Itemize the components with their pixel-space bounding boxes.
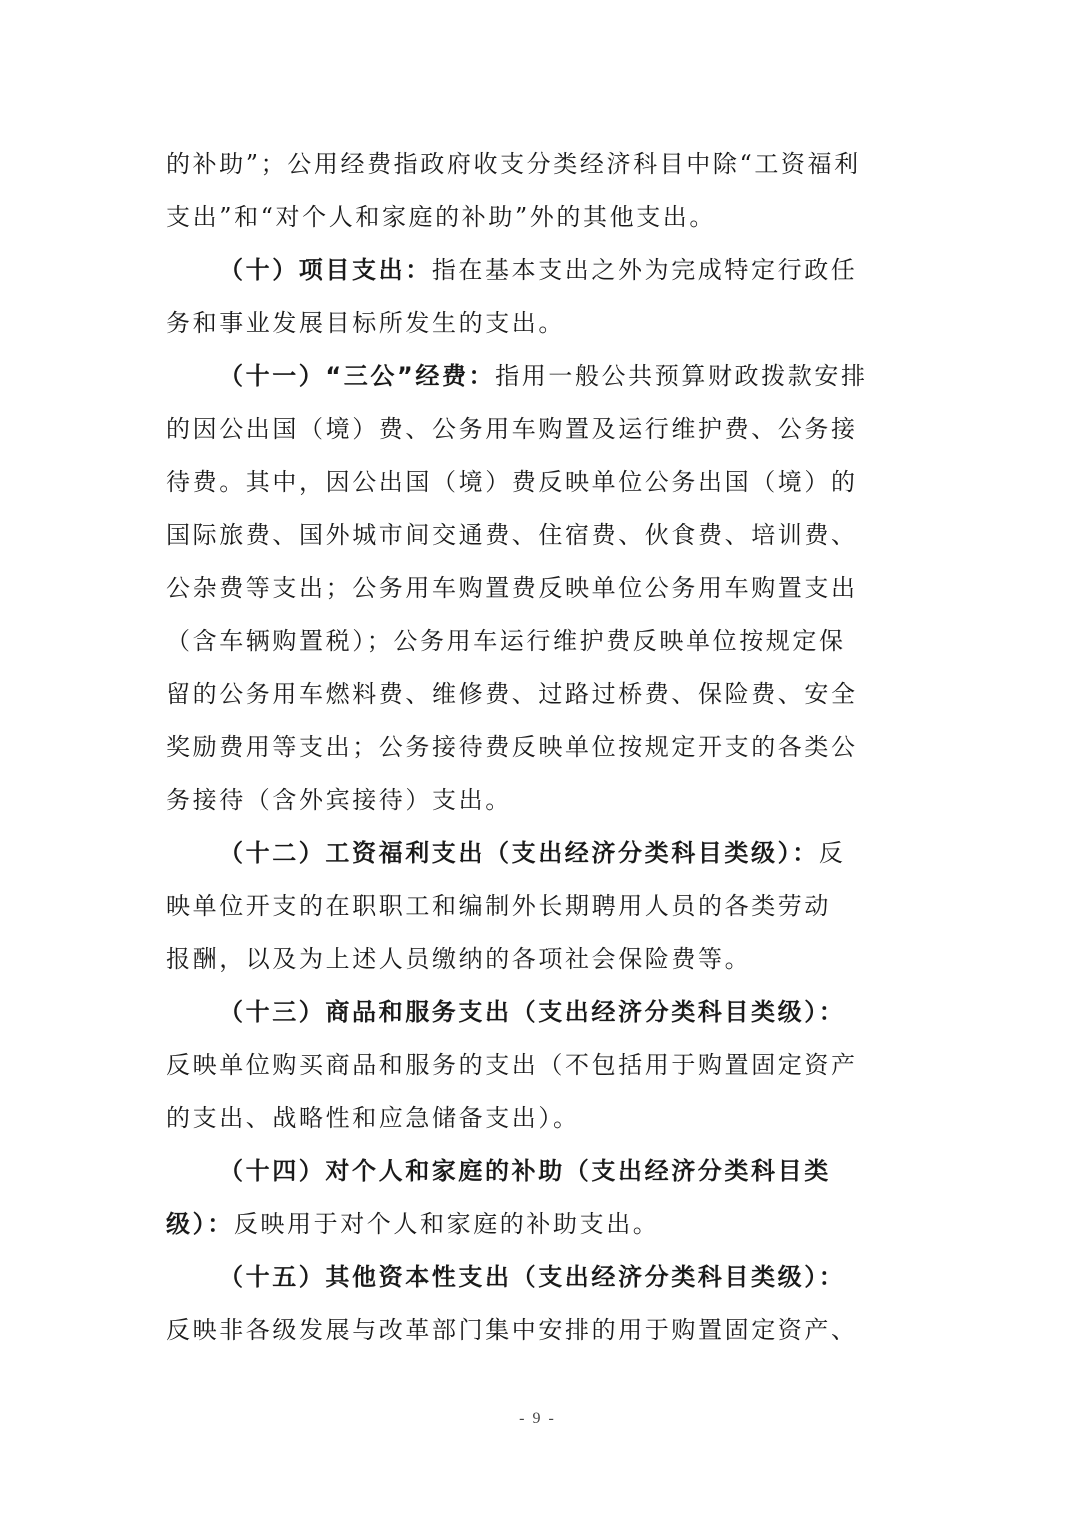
text-line: 国际旅费、国外城市间交通费、住宿费、伙食费、培训费、 [166, 509, 914, 562]
section-heading-12: （十二）工资福利支出（支出经济分类科目类级）：反 [166, 827, 914, 880]
bold-term: （十三）商品和服务支出（支出经济分类科目类级）： [219, 998, 845, 1026]
text-line: 留的公务用车燃料费、维修费、过路过桥费、保险费、安全 [166, 668, 914, 721]
line-text: 务和事业发展目标所发生的支出。 [166, 309, 565, 337]
text-line: 报酬，以及为上述人员缴纳的各项社会保险费等。 [166, 933, 914, 986]
line-text: 指在基本支出之外为完成特定行政任 [432, 256, 858, 284]
text-line: 映单位开支的在职职工和编制外长期聘用人员的各类劳动 [166, 880, 914, 933]
text-line: 反映非各级发展与改革部门集中安排的用于购置固定资产、 [166, 1304, 914, 1357]
line-text: 映单位开支的在职职工和编制外长期聘用人员的各类劳动 [166, 892, 831, 920]
line-text: 反映用于对个人和家庭的补助支出。 [234, 1210, 660, 1238]
text-line: 务和事业发展目标所发生的支出。 [166, 297, 914, 350]
line-text: 的支出、战略性和应急储备支出）。 [166, 1104, 580, 1132]
line-text: 的补助”；公用经费指政府收支分类经济科目中除“工资福利 [166, 150, 861, 178]
text-line: 支出”和“对个人和家庭的补助”外的其他支出。 [166, 191, 914, 244]
line-text: 反 [819, 839, 846, 867]
line-text: 指用一般公共预算财政拨款安排 [495, 362, 867, 390]
text-line: 待费。其中，因公出国（境）费反映单位公务出国（境）的 [166, 456, 914, 509]
line-text: 国际旅费、国外城市间交通费、住宿费、伙食费、培训费、 [166, 521, 858, 549]
text-line: 的补助”；公用经费指政府收支分类经济科目中除“工资福利 [166, 138, 914, 191]
text-line: 奖励费用等支出；公务接待费反映单位按规定开支的各类公 [166, 721, 914, 774]
bold-term: （十四）对个人和家庭的补助（支出经济分类科目类 [219, 1157, 831, 1185]
line-text: 公杂费等支出；公务用车购置费反映单位公务用车购置支出 [166, 574, 858, 602]
bold-term: （十五）其他资本性支出（支出经济分类科目类级）： [219, 1263, 845, 1291]
text-line: 反映单位购买商品和服务的支出（不包括用于购置固定资产 [166, 1039, 914, 1092]
bold-term: 级）： [166, 1210, 234, 1238]
line-text: 的因公出国（境）费、公务用车购置及运行维护费、公务接 [166, 415, 858, 443]
text-line: 级）：反映用于对个人和家庭的补助支出。 [166, 1198, 914, 1251]
section-heading-15: （十五）其他资本性支出（支出经济分类科目类级）： [166, 1251, 914, 1304]
line-text: 务接待（含外宾接待）支出。 [166, 786, 512, 814]
section-heading-11: （十一）“三公”经费：指用一般公共预算财政拨款安排 [166, 350, 914, 403]
text-line: 的因公出国（境）费、公务用车购置及运行维护费、公务接 [166, 403, 914, 456]
line-text: 支出”和“对个人和家庭的补助”外的其他支出。 [166, 203, 716, 231]
line-text: 反映非各级发展与改革部门集中安排的用于购置固定资产、 [166, 1316, 858, 1344]
section-heading-14: （十四）对个人和家庭的补助（支出经济分类科目类 [166, 1145, 914, 1198]
bold-term: （十一）“三公”经费： [219, 362, 495, 390]
line-text: 奖励费用等支出；公务接待费反映单位按规定开支的各类公 [166, 733, 858, 761]
document-page: 的补助”；公用经费指政府收支分类经济科目中除“工资福利 支出”和“对个人和家庭的… [166, 138, 914, 1357]
text-line: 的支出、战略性和应急储备支出）。 [166, 1092, 914, 1145]
text-line: 务接待（含外宾接待）支出。 [166, 774, 914, 827]
text-line: （含车辆购置税）；公务用车运行维护费反映单位按规定保 [166, 615, 914, 668]
line-text: 待费。其中，因公出国（境）费反映单位公务出国（境）的 [166, 468, 858, 496]
bold-term: （十二）工资福利支出（支出经济分类科目类级）： [219, 839, 819, 867]
section-heading-13: （十三）商品和服务支出（支出经济分类科目类级）： [166, 986, 914, 1039]
page-number: - 9 - [0, 1410, 1075, 1428]
bold-term: （十）项目支出： [219, 256, 432, 284]
section-heading-10: （十）项目支出：指在基本支出之外为完成特定行政任 [166, 244, 914, 297]
line-text: 留的公务用车燃料费、维修费、过路过桥费、保险费、安全 [166, 680, 858, 708]
line-text: 报酬，以及为上述人员缴纳的各项社会保险费等。 [166, 945, 751, 973]
text-line: 公杂费等支出；公务用车购置费反映单位公务用车购置支出 [166, 562, 914, 615]
line-text: （含车辆购置税）；公务用车运行维护费反映单位按规定保 [166, 627, 846, 655]
line-text: 反映单位购买商品和服务的支出（不包括用于购置固定资产 [166, 1051, 858, 1079]
